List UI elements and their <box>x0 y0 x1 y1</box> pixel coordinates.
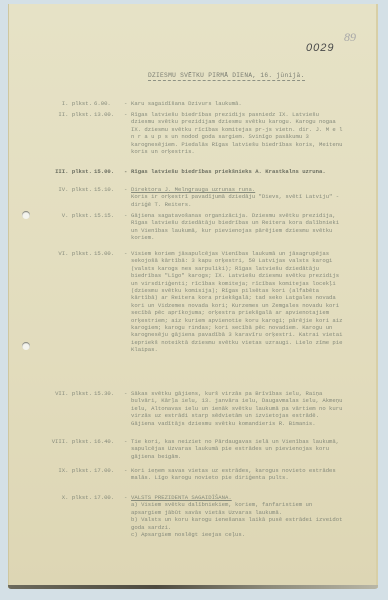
item-time: 15.30. <box>94 390 124 397</box>
punch-hole-icon <box>22 211 30 219</box>
item-number: VI. plkst. <box>30 250 92 257</box>
item-time: 16.40. <box>94 438 124 445</box>
item-text: Koris ir orķestrī pavadījumā dziedāju "D… <box>131 193 343 208</box>
item-number: IV. plkst. <box>30 186 92 193</box>
item-time: 15.00. <box>94 250 124 257</box>
sub-item: b) Valsts un koru karogu ienešanas laikā… <box>131 516 343 531</box>
item-time: 15.15. <box>94 212 124 219</box>
item-time: 15.00. <box>94 168 124 175</box>
item-number: IX. plkst. <box>30 467 92 474</box>
item-number: I. plkst. <box>30 100 92 107</box>
pencil-annotation: 89 <box>344 30 356 45</box>
item-time: 17.00. <box>94 494 124 501</box>
item-number: II. plkst. <box>30 111 92 118</box>
item-time: 15.10. <box>94 186 124 193</box>
item-number: VII. plkst. <box>30 390 92 397</box>
dash: - <box>124 168 127 175</box>
item-number: III. plkst. <box>30 168 92 175</box>
item-text-block: Direktora J. Melngrauga uzrunas runa. Ko… <box>131 186 343 208</box>
item-heading: Direktora J. Melngrauga uzrunas runa. <box>131 186 343 193</box>
item-time: 13.00. <box>94 111 124 118</box>
dash: - <box>124 467 127 474</box>
item-text: Sākas svētku gājiens, kurš virzās pa Brī… <box>131 390 343 427</box>
page-edge-shadow <box>8 585 378 589</box>
dash: - <box>124 250 127 257</box>
item-text-block: VALSTS PREZIDENTA SAGAIDĪŠANA. a) Visiem… <box>131 494 343 538</box>
dash: - <box>124 390 127 397</box>
item-number: X. plkst. <box>30 494 92 501</box>
dash: - <box>124 186 127 193</box>
item-number: VIII. plkst. <box>30 438 92 445</box>
item-number: V. plkst. <box>30 212 92 219</box>
item-text: Visiem koriem jāsapulcējas Vienības lauk… <box>131 250 343 354</box>
item-time: 6.00. <box>94 100 124 107</box>
sub-item: a) Visiem svētku dalībniekiem, koriem, f… <box>131 501 343 516</box>
document-title: DZIESMU SVĒTKU PIRMĀ DIENA, 16. jūnijā. <box>148 72 305 81</box>
item-text: Gājiena sagatavošanas organizācija. Dzie… <box>131 212 343 242</box>
dash: - <box>124 438 127 445</box>
dash: - <box>124 494 127 501</box>
sub-item: c) Apsargiem noslēgt ieejas ceļus. <box>131 531 343 538</box>
punch-hole-icon <box>22 342 30 350</box>
dash: - <box>124 212 127 219</box>
page-number-stamp: 0029 <box>306 42 334 54</box>
dash: - <box>124 100 127 107</box>
item-text: Rīgas latviešu biedrības prezidijs pasni… <box>131 111 343 155</box>
item-heading: VALSTS PREZIDENTA SAGAIDĪŠANA. <box>131 494 343 501</box>
item-text: Kori ieņem savas vietas uz estrādes, kar… <box>131 467 343 482</box>
item-text: Karu sagaidīšana Dzivurs laukumā. <box>131 100 343 107</box>
dash: - <box>124 111 127 118</box>
item-text: Tie kori, kas neiziet no Pārdaugavas iel… <box>131 438 343 460</box>
item-text: Rīgas latviešu biedrības priekšnieks A. … <box>131 168 343 175</box>
item-time: 17.00. <box>94 467 124 474</box>
